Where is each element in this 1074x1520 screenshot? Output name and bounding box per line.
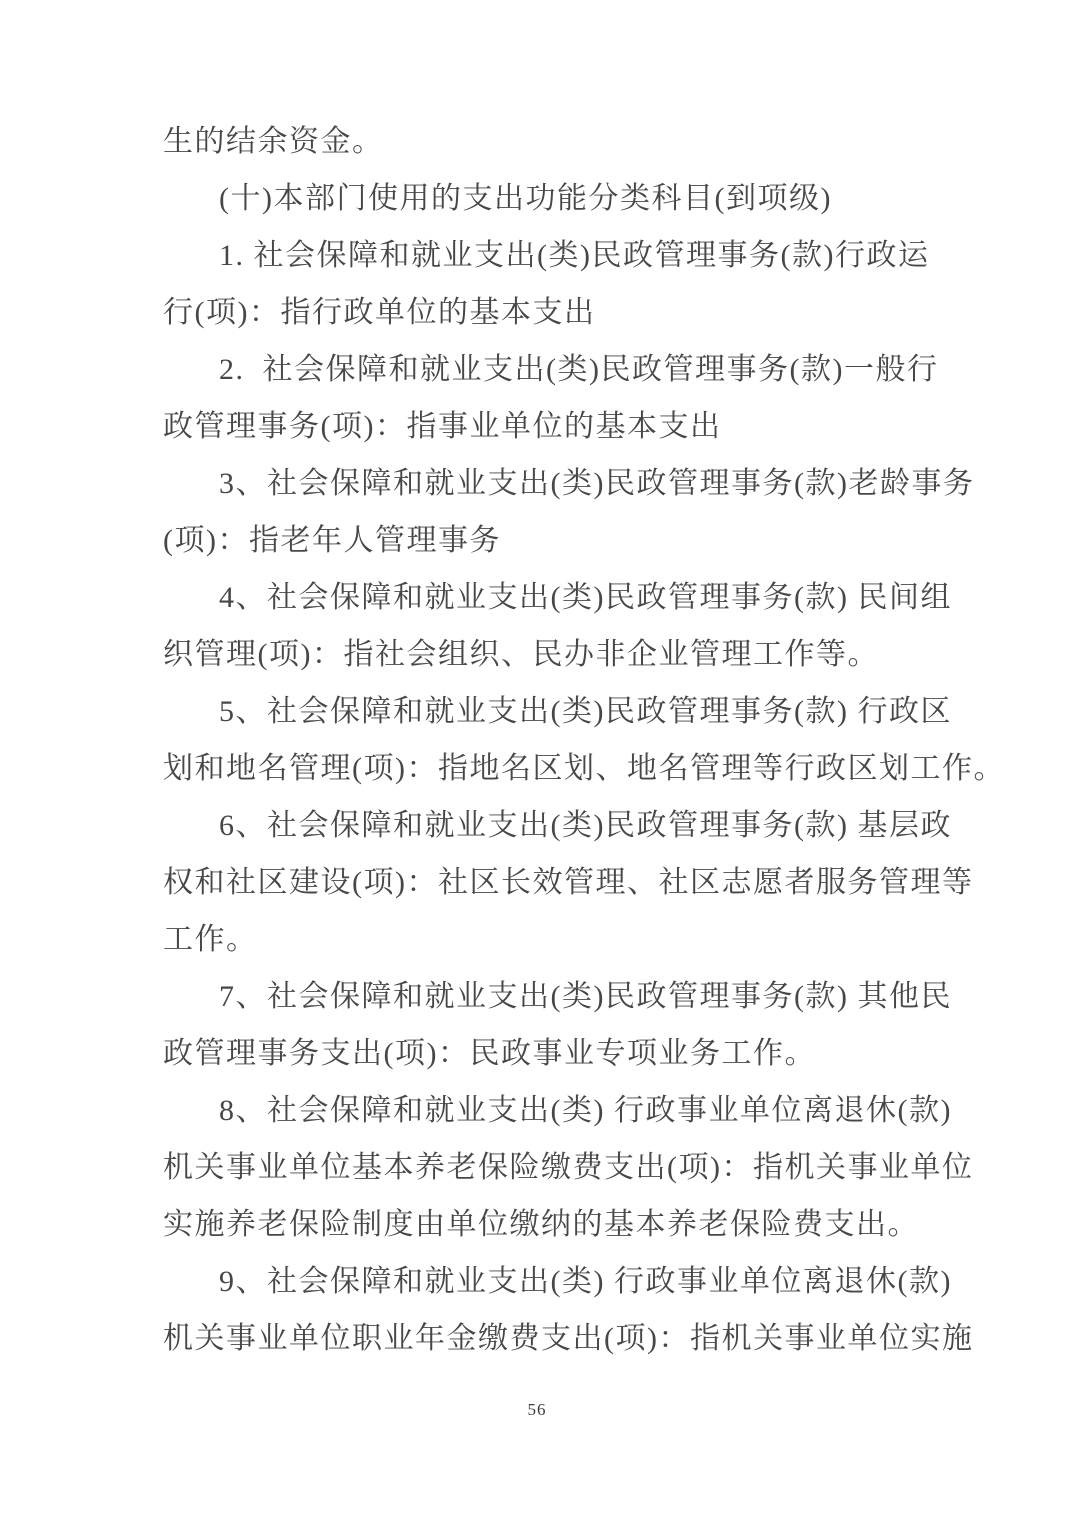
text-line: 政管理事务支出(项)：民政事业专项业务工作。 xyxy=(163,1025,925,1082)
text-line-paragraph-start: 5、社会保障和就业支出(类)民政管理事务(款) 行政区 xyxy=(163,683,925,740)
text-line: 权和社区建设(项)：社区长效管理、社区志愿者服务管理等 xyxy=(163,854,925,911)
text-line-paragraph-start: 4、社会保障和就业支出(类)民政管理事务(款) 民间组 xyxy=(163,569,925,626)
text-line: 机关事业单位基本养老保险缴费支出(项)：指机关事业单位 xyxy=(163,1139,925,1196)
page-number: 56 xyxy=(0,1400,1074,1420)
text-line-paragraph-start: 2. 社会保障和就业支出(类)民政管理事务(款)一般行 xyxy=(163,341,925,398)
text-line: 政管理事务(项)：指事业单位的基本支出 xyxy=(163,398,925,455)
text-line-paragraph-start: 6、社会保障和就业支出(类)民政管理事务(款) 基层政 xyxy=(163,797,925,854)
text-line-paragraph-start: (十)本部门使用的支出功能分类科目(到项级) xyxy=(163,170,925,227)
text-line-paragraph-start: 8、社会保障和就业支出(类) 行政事业单位离退休(款) xyxy=(163,1082,925,1139)
text-line-paragraph-start: 3、社会保障和就业支出(类)民政管理事务(款)老龄事务 xyxy=(163,455,925,512)
text-line: 工作。 xyxy=(163,911,925,968)
text-line: 织管理(项)：指社会组织、民办非企业管理工作等。 xyxy=(163,626,925,683)
text-line: 机关事业单位职业年金缴费支出(项)：指机关事业单位实施 xyxy=(163,1310,925,1367)
text-line-paragraph-start: 7、社会保障和就业支出(类)民政管理事务(款) 其他民 xyxy=(163,968,925,1025)
document-page: 生的结余资金。 (十)本部门使用的支出功能分类科目(到项级) 1. 社会保障和就… xyxy=(0,0,1074,1520)
text-line-paragraph-start: 9、社会保障和就业支出(类) 行政事业单位离退休(款) xyxy=(163,1253,925,1310)
text-line: 行(项)：指行政单位的基本支出 xyxy=(163,284,925,341)
text-line-paragraph-start: 1. 社会保障和就业支出(类)民政管理事务(款)行政运 xyxy=(163,227,925,284)
text-line: (项)：指老年人管理事务 xyxy=(163,512,925,569)
text-line: 生的结余资金。 xyxy=(163,113,925,170)
document-text-block: 生的结余资金。 (十)本部门使用的支出功能分类科目(到项级) 1. 社会保障和就… xyxy=(163,113,925,1367)
text-line: 划和地名管理(项)：指地名区划、地名管理等行政区划工作。 xyxy=(163,740,925,797)
text-line: 实施养老保险制度由单位缴纳的基本养老保险费支出。 xyxy=(163,1196,925,1253)
